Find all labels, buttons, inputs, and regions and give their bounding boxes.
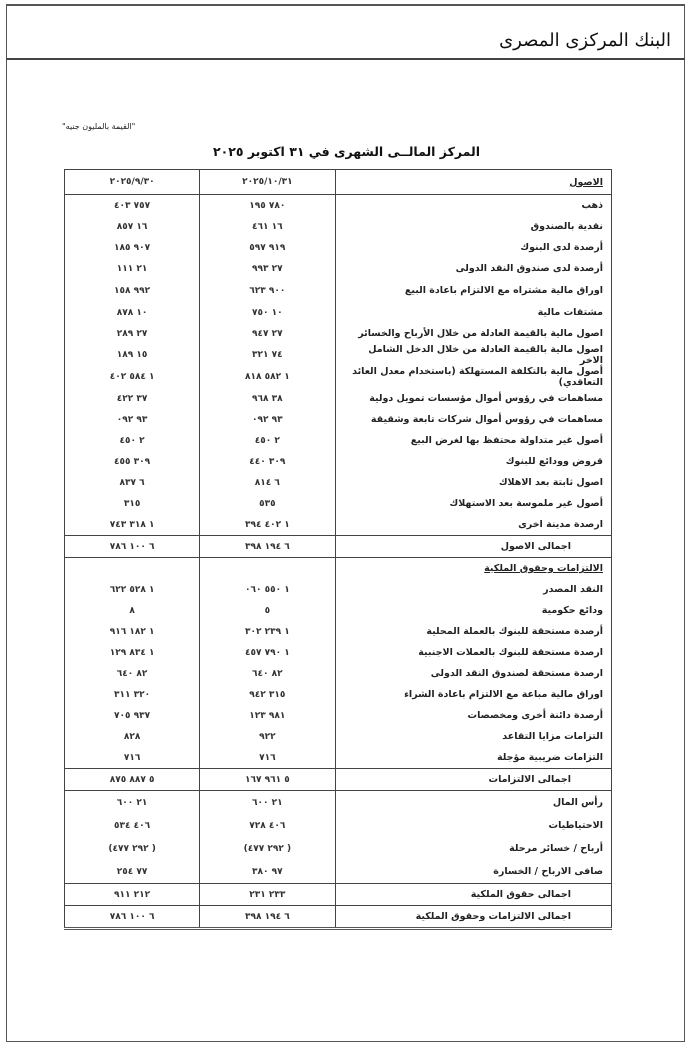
value-previous: ٩٣٧ ٧٠٥ — [65, 705, 200, 726]
value-previous: ٨٢٨ — [65, 726, 200, 747]
value-previous: ٩٩٢ ١٥٨ — [65, 279, 200, 302]
row-label: أرصدة مستحقة للبنوك بالعملة المحلية — [335, 621, 611, 642]
value-current: ٦ ١٩٤ ٣٩٨ — [200, 906, 335, 929]
value-previous: ١٦ ٨٥٧ — [65, 216, 200, 237]
row-label: ارصدة مستحقة للبنوك بالعملات الاجنبية — [335, 642, 611, 663]
table-row: أرصدة لدى صندوق النقد الدولى٢٧ ٩٩٣٢١ ١١١ — [65, 258, 612, 279]
table-row: أصول مالية بالتكلفة المستهلكة (باستخدام … — [65, 366, 612, 388]
value-previous: ٢٧ ٢٨٩ — [65, 323, 200, 344]
row-label: النقد المصدر — [335, 579, 611, 600]
column-header-current: ٢٠٢٥/١٠/٣١ — [200, 170, 335, 195]
row-label: أصول غير متداولة محتفظ بها لغرض البيع — [335, 430, 611, 451]
value-previous: ٦ ١٠٠ ٧٨٦ — [65, 906, 200, 929]
value-current: ٢٣٣ ٢٣١ — [200, 884, 335, 906]
value-current: ١ ٥٨٢ ٨١٨ — [200, 366, 335, 388]
row-label: ودائع حكومية — [335, 600, 611, 621]
value-previous: ٣٠٩ ٤٥٥ — [65, 451, 200, 472]
row-label: ذهب — [335, 195, 611, 217]
row-label: اجمالى حقوق الملكية — [335, 884, 611, 906]
value-current: ( ٢٩٢ ٤٧٧) — [200, 837, 335, 860]
value-current: ١ ٥٥٠ ٠٦٠ — [200, 579, 335, 600]
row-label: التزامات ضريبية مؤجلة — [335, 747, 611, 769]
row-label: اجمالى الالتزامات — [335, 769, 611, 791]
row-label: اصول مالية بالقيمة العادلة من خلال الدخل… — [335, 344, 611, 366]
value-current: ٦ ٨١٤ — [200, 472, 335, 493]
row-label: قروض وودائع للبنوك — [335, 451, 611, 472]
row-label: أرباح / خسائر مرحلة — [335, 837, 611, 860]
value-previous: ٧١٦ — [65, 747, 200, 769]
value-current: ٣٨ ٩٦٨ — [200, 388, 335, 409]
table-row: أرصدة مستحقة للبنوك بالعملة المحلية١ ٢٣٩… — [65, 621, 612, 642]
value-current: ٢١ ٦٠٠ — [200, 791, 335, 815]
value-previous: ١٥ ١٨٩ — [65, 344, 200, 366]
value-previous: ٢١ ١١١ — [65, 258, 200, 279]
row-label: ارصدة مدينة اخرى — [335, 514, 611, 536]
row-label: اوراق مالية مشتراه مع الالتزام باعادة ال… — [335, 279, 611, 302]
table-row: التزامات مزايا التقاعد٩٢٢٨٢٨ — [65, 726, 612, 747]
total-liabilities-row: اجمالى الالتزامات٥ ٩٦١ ١٦٧٥ ٨٨٧ ٨٧٥ — [65, 769, 612, 791]
table-row: مشتقات مالية١٠ ٧٥٠١٠ ٨٧٨ — [65, 302, 612, 323]
value-current: ٣٠٩ ٤٤٠ — [200, 451, 335, 472]
value-current: ٩٢٢ — [200, 726, 335, 747]
value-previous: ٣١٥ — [65, 493, 200, 514]
row-label: أرصدة لدى صندوق النقد الدولى — [335, 258, 611, 279]
value-previous: ٣٧ ٤٢٢ — [65, 388, 200, 409]
table-row: ارصدة مستحقة للبنوك بالعملات الاجنبية١ ٧… — [65, 642, 612, 663]
table-row: اصول ثابتة بعد الاهلاك٦ ٨١٤٦ ٨٣٧ — [65, 472, 612, 493]
row-label: نقدية بالصندوق — [335, 216, 611, 237]
bank-name: البنك المركزى المصرى — [499, 30, 671, 51]
row-label: مشتقات مالية — [335, 302, 611, 323]
value-current: ١ ٧٩٠ ٤٥٧ — [200, 642, 335, 663]
row-label: رأس المال — [335, 791, 611, 815]
empty-cell — [200, 558, 335, 580]
table-row: أصول غير متداولة محتفظ بها لغرض البيع٢ ٤… — [65, 430, 612, 451]
value-current: ٩١٩ ٥٩٧ — [200, 237, 335, 258]
assets-heading: الاصول — [335, 170, 611, 195]
table-row: مساهمات في رؤوس أموال مؤسسات تمويل دولية… — [65, 388, 612, 409]
row-label: أصول غير ملموسة بعد الاستهلاك — [335, 493, 611, 514]
row-label: اصول مالية بالقيمة العادلة من خلال الأرب… — [335, 323, 611, 344]
value-previous: ٣٢٠ ٣١١ — [65, 684, 200, 705]
total-assets-row: اجمالى الاصول٦ ١٩٤ ٣٩٨٦ ١٠٠ ٧٨٦ — [65, 536, 612, 558]
row-label: اجمالى الالتزامات وحقوق الملكية — [335, 906, 611, 929]
value-current: ٢٧ ٩٩٣ — [200, 258, 335, 279]
value-current: ٢ ٤٥٠ — [200, 430, 335, 451]
value-previous: ٢١ ٦٠٠ — [65, 791, 200, 815]
value-previous: ٤٠٦ ٥٣٤ — [65, 814, 200, 837]
value-current: ٨٢ ٦٤٠ — [200, 663, 335, 684]
table-row: اوراق مالية مشتراه مع الالتزام باعادة ال… — [65, 279, 612, 302]
value-previous: ٦ ١٠٠ ٧٨٦ — [65, 536, 200, 558]
table-row: نقدية بالصندوق١٦ ٤٦١١٦ ٨٥٧ — [65, 216, 612, 237]
table-row: صافى الارباح / الخسارة٩٧ ٣٨٠٧٧ ٢٥٤ — [65, 860, 612, 884]
row-label: الاحتياطيات — [335, 814, 611, 837]
table-row: النقد المصدر١ ٥٥٠ ٠٦٠١ ٥٢٨ ٦٢٢ — [65, 579, 612, 600]
total-equity-row: اجمالى حقوق الملكية٢٣٣ ٢٣١٢١٢ ٩١١ — [65, 884, 612, 906]
unit-note: "القيمة بالمليون جنيه" — [62, 122, 135, 131]
table-row: أرصدة لدى البنوك٩١٩ ٥٩٧٩٠٧ ١٨٥ — [65, 237, 612, 258]
value-previous: ١ ٨٣٤ ١٢٩ — [65, 642, 200, 663]
value-previous: ٩٣ ٠٩٢ — [65, 409, 200, 430]
table-row: اصول مالية بالقيمة العادلة من خلال الأرب… — [65, 323, 612, 344]
value-previous: ٨٢ ٦٤٠ — [65, 663, 200, 684]
value-current: ٤٠٦ ٧٢٨ — [200, 814, 335, 837]
value-current: ٧١٦ — [200, 747, 335, 769]
value-previous: ١ ١٨٢ ٩١٦ — [65, 621, 200, 642]
table-row: رأس المال٢١ ٦٠٠٢١ ٦٠٠ — [65, 791, 612, 815]
value-previous: ( ٢٩٢ ٤٧٧) — [65, 837, 200, 860]
row-label: مساهمات في رؤوس أموال مؤسسات تمويل دولية — [335, 388, 611, 409]
grand-total-row: اجمالى الالتزامات وحقوق الملكية٦ ١٩٤ ٣٩٨… — [65, 906, 612, 929]
value-previous: ١ ٥٢٨ ٦٢٢ — [65, 579, 200, 600]
value-current: ٩٣ ٠٩٢ — [200, 409, 335, 430]
value-previous: ٢ ٤٥٠ — [65, 430, 200, 451]
value-current: ١ ٤٠٢ ٣٩٤ — [200, 514, 335, 536]
table-row: أرباح / خسائر مرحلة( ٢٩٢ ٤٧٧)( ٢٩٢ ٤٧٧) — [65, 837, 612, 860]
value-current: ١٦ ٤٦١ — [200, 216, 335, 237]
value-previous: ١ ٣١٨ ٧٤٣ — [65, 514, 200, 536]
value-previous: ٨ — [65, 600, 200, 621]
value-current: ٦ ١٩٤ ٣٩٨ — [200, 536, 335, 558]
liabilities-heading-row: الالتزامات وحقوق الملكية — [65, 558, 612, 580]
row-label: مساهمات في رؤوس أموال شركات تابعة وشقيقة — [335, 409, 611, 430]
table-row: اصول مالية بالقيمة العادلة من خلال الدخل… — [65, 344, 612, 366]
value-previous: ٥ ٨٨٧ ٨٧٥ — [65, 769, 200, 791]
value-current: ٣١٥ ٩٤٢ — [200, 684, 335, 705]
row-label: اصول ثابتة بعد الاهلاك — [335, 472, 611, 493]
value-current: ١ ٢٣٩ ٣٠٢ — [200, 621, 335, 642]
value-previous: ٧٧ ٢٥٤ — [65, 860, 200, 884]
row-label: اوراق مالية مباعة مع الالتزام باعادة الش… — [335, 684, 611, 705]
row-label: أصول مالية بالتكلفة المستهلكة (باستخدام … — [335, 366, 611, 388]
table-row: اوراق مالية مباعة مع الالتزام باعادة الش… — [65, 684, 612, 705]
table-row: ارصدة مستحقة لصندوق النقد الدولى٨٢ ٦٤٠٨٢… — [65, 663, 612, 684]
empty-cell — [65, 558, 200, 580]
table-row: قروض وودائع للبنوك٣٠٩ ٤٤٠٣٠٩ ٤٥٥ — [65, 451, 612, 472]
table-row: ارصدة مدينة اخرى١ ٤٠٢ ٣٩٤١ ٣١٨ ٧٤٣ — [65, 514, 612, 536]
table-header-row: الاصول ٢٠٢٥/١٠/٣١ ٢٠٢٥/٩/٣٠ — [65, 170, 612, 195]
value-current: ٥ ٩٦١ ١٦٧ — [200, 769, 335, 791]
value-previous: ٧٥٧ ٤٠٣ — [65, 195, 200, 217]
value-previous: ٦ ٨٣٧ — [65, 472, 200, 493]
table-row: ذهب٧٨٠ ١٩٥٧٥٧ ٤٠٣ — [65, 195, 612, 217]
value-current: ٧٨٠ ١٩٥ — [200, 195, 335, 217]
value-current: ٩٠٠ ٦٢٣ — [200, 279, 335, 302]
row-label: أرصدة دائنة أخرى ومخصصات — [335, 705, 611, 726]
value-previous: ١٠ ٨٧٨ — [65, 302, 200, 323]
table-row: الاحتياطيات٤٠٦ ٧٢٨٤٠٦ ٥٣٤ — [65, 814, 612, 837]
liabilities-heading: الالتزامات وحقوق الملكية — [335, 558, 611, 580]
table-row: التزامات ضريبية مؤجلة٧١٦٧١٦ — [65, 747, 612, 769]
table-row: ودائع حكومية٥٨ — [65, 600, 612, 621]
table-row: أرصدة دائنة أخرى ومخصصات٩٨١ ١٢٣٩٣٧ ٧٠٥ — [65, 705, 612, 726]
value-current: ٩٧ ٣٨٠ — [200, 860, 335, 884]
row-label: ارصدة مستحقة لصندوق النقد الدولى — [335, 663, 611, 684]
report-title: المركز المالــى الشهرى في ٣١ اكتوبر ٢٠٢٥ — [0, 144, 693, 159]
value-current: ٢٧ ٩٤٧ — [200, 323, 335, 344]
row-label: اجمالى الاصول — [335, 536, 611, 558]
row-label: التزامات مزايا التقاعد — [335, 726, 611, 747]
value-current: ١٠ ٧٥٠ — [200, 302, 335, 323]
row-label: صافى الارباح / الخسارة — [335, 860, 611, 884]
value-previous: ٩٠٧ ١٨٥ — [65, 237, 200, 258]
financial-position-table: الاصول ٢٠٢٥/١٠/٣١ ٢٠٢٥/٩/٣٠ ذهب٧٨٠ ١٩٥٧٥… — [64, 169, 612, 930]
row-label: أرصدة لدى البنوك — [335, 237, 611, 258]
value-current: ٥٣٥ — [200, 493, 335, 514]
table-row: مساهمات في رؤوس أموال شركات تابعة وشقيقة… — [65, 409, 612, 430]
value-current: ٩٨١ ١٢٣ — [200, 705, 335, 726]
value-previous: ٢١٢ ٩١١ — [65, 884, 200, 906]
value-current: ٧٤ ٣٢١ — [200, 344, 335, 366]
value-previous: ١ ٥٨٤ ٤٠٢ — [65, 366, 200, 388]
value-current: ٥ — [200, 600, 335, 621]
table-row: أصول غير ملموسة بعد الاستهلاك٥٣٥٣١٥ — [65, 493, 612, 514]
column-header-previous: ٢٠٢٥/٩/٣٠ — [65, 170, 200, 195]
